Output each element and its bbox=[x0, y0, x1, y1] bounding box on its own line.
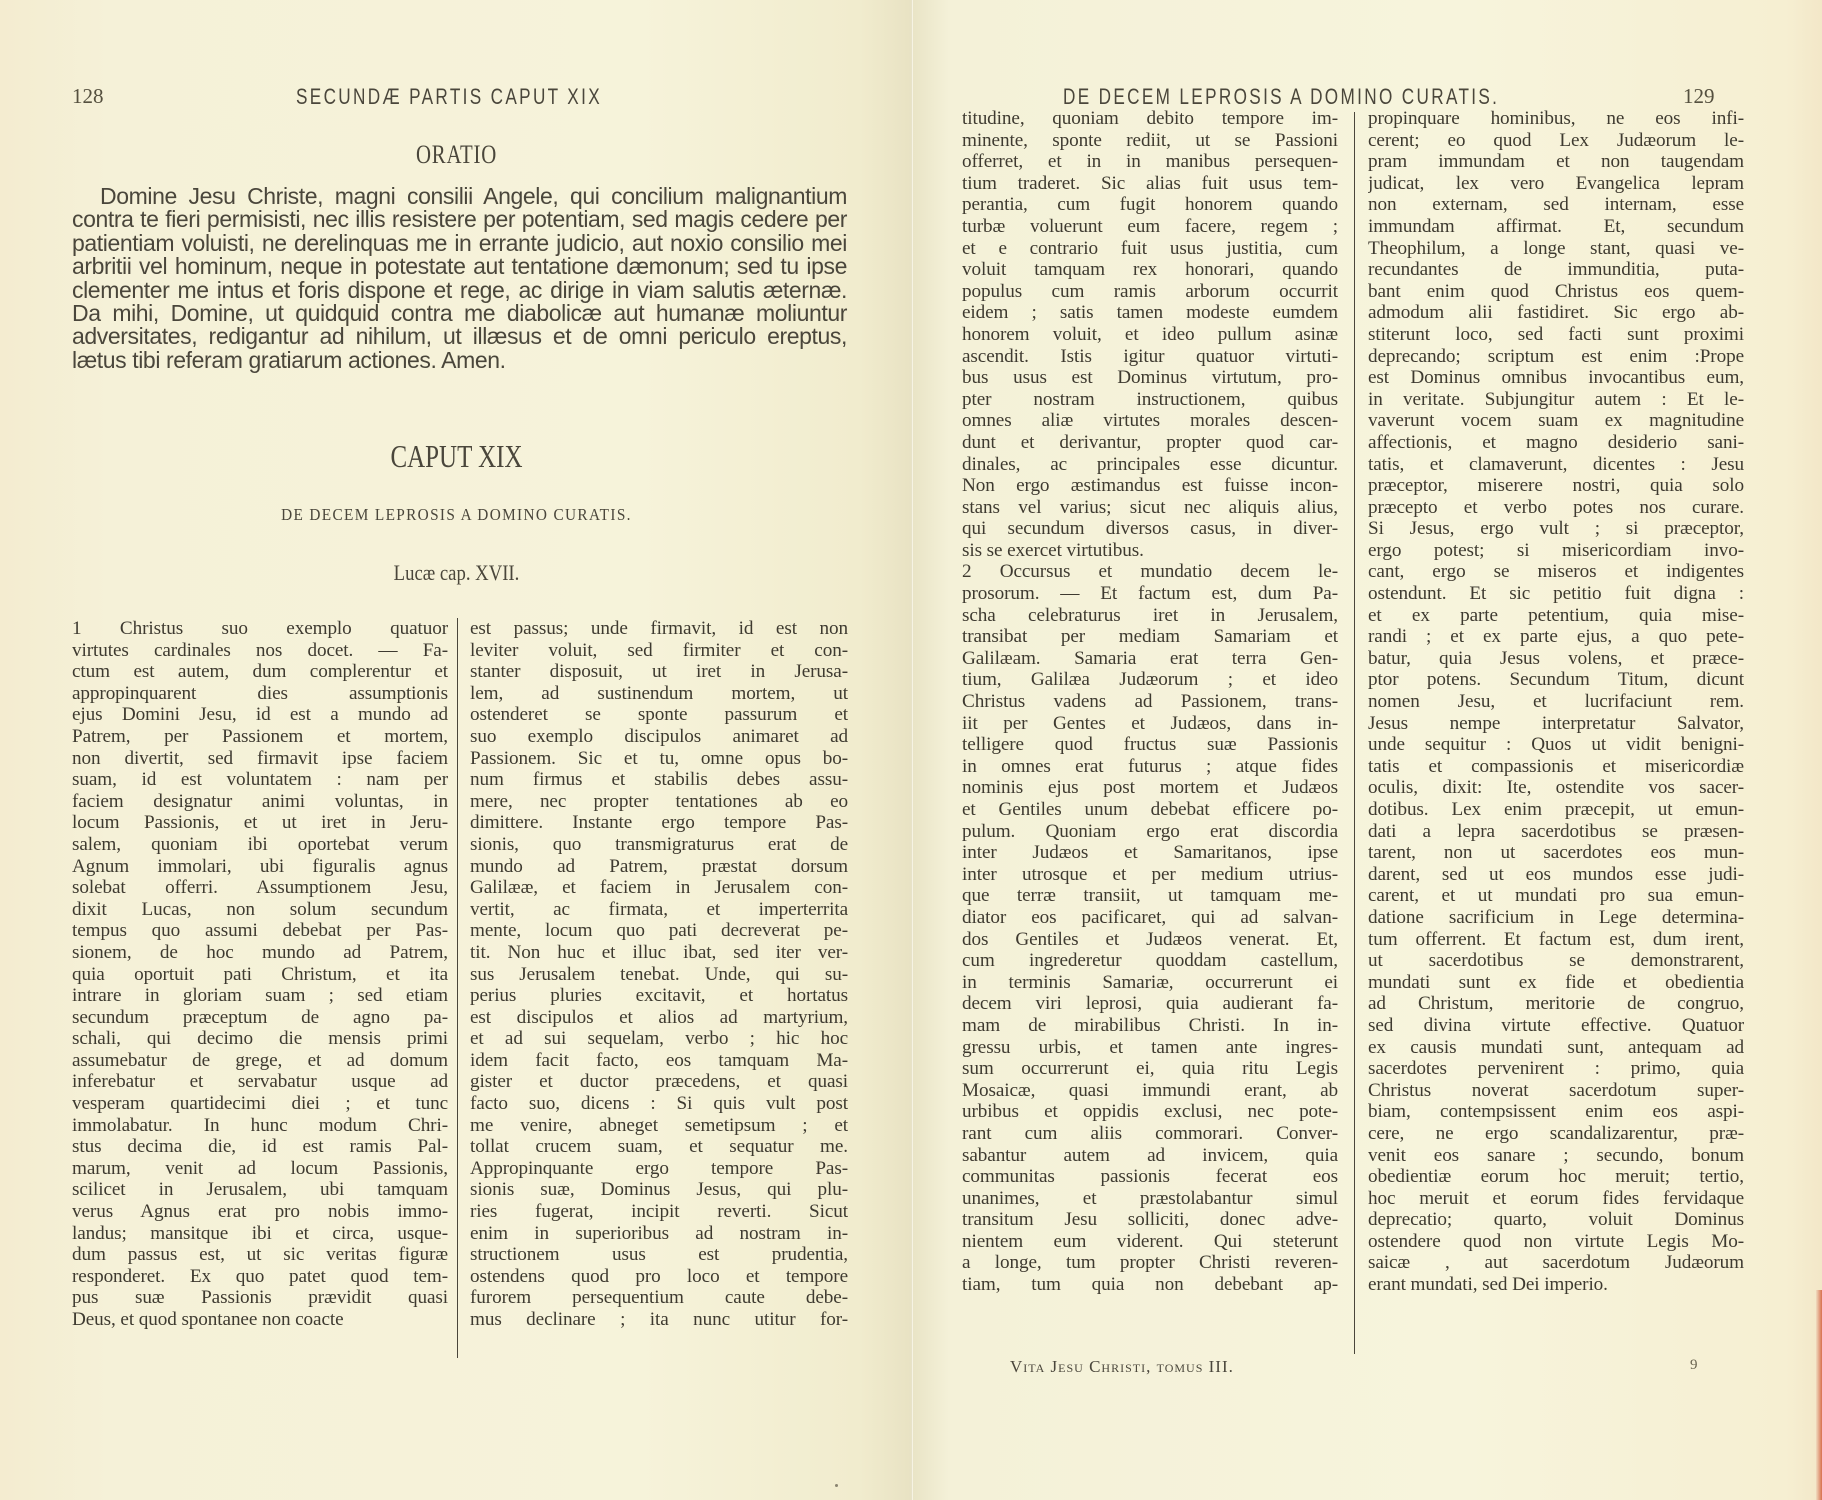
text-line: sionem, de hoc mundo ad Patrem, bbox=[72, 942, 448, 964]
text-line: intrare in gloriam suam ; sed etiam bbox=[72, 985, 448, 1007]
text-line: et Gentiles unum debebat efficere po- bbox=[962, 799, 1338, 821]
text-line: Christus vadens ad Passionem, trans- bbox=[962, 691, 1338, 713]
left-column-b: est passus; unde firmavit, id est nonlev… bbox=[470, 618, 848, 1331]
text-line: sacerdotes pervenirent : primo, quia bbox=[1368, 1058, 1744, 1080]
text-line: ries fugerat, incipit reverti. Sicut bbox=[470, 1201, 848, 1223]
text-line: unanimes, et præstolabantur simul bbox=[962, 1188, 1338, 1210]
text-line: omnes aliæ virtutes morales descen- bbox=[962, 410, 1338, 432]
text-line: inferebatur et servabatur usque ad bbox=[72, 1071, 448, 1093]
text-line: mente, locum quo pati decreverat pe- bbox=[470, 920, 848, 942]
text-line: cant, ergo se miseros et indigentes bbox=[1368, 561, 1744, 583]
page-number-right: 129 bbox=[1683, 84, 1715, 109]
text-line: Deus, et quod spontanee non coacte bbox=[72, 1309, 448, 1331]
text-line: ad Christum, meritorie de congruo, bbox=[1368, 993, 1744, 1015]
text-line: iit per Gentes et Judæos, dans in- bbox=[962, 713, 1338, 735]
text-line: stanter disposuit, ut iret in Jerusa- bbox=[470, 661, 848, 683]
text-line: et ex parte petentium, quia mise- bbox=[1368, 605, 1744, 627]
text-line: datione sacrificium in Lege determina- bbox=[1368, 907, 1744, 929]
text-line: Galilææ, et faciem in Jerusalem con- bbox=[470, 877, 848, 899]
text-line: recundantes de immunditia, puta- bbox=[1368, 259, 1744, 281]
text-line: landus; mansitque ibi et circa, usque- bbox=[72, 1223, 448, 1245]
left-column-a: 1 Christus suo exemplo quatuorvirtutes c… bbox=[72, 618, 448, 1331]
text-line: mam de mirabilibus Christi. In in- bbox=[962, 1015, 1338, 1037]
text-line: immundam affirmat. Et, secundum bbox=[1368, 216, 1744, 238]
text-line: decem viri leprosi, quia audierant fa- bbox=[962, 993, 1338, 1015]
text-line: ptor potens. Secundum Titum, dicunt bbox=[1368, 669, 1744, 691]
text-line: stus decima die, id est ramis Pal- bbox=[72, 1136, 448, 1158]
paper-speck bbox=[835, 1484, 838, 1487]
text-line: pus suæ Passionis prævidit quasi bbox=[72, 1287, 448, 1309]
text-line: carent, et ut mundati pro sua emun- bbox=[1368, 885, 1744, 907]
text-line: prosorum. — Et factum est, dum Pa- bbox=[962, 583, 1338, 605]
text-line: ut sacerdotibus se demonstrarent, bbox=[1368, 950, 1744, 972]
text-line: mundo ad Patrem, præstat dorsum bbox=[470, 856, 848, 878]
text-line: stans vel varius; sicut nec aliquis aliu… bbox=[962, 497, 1338, 519]
text-line: sed divina virtute effective. Quatuor bbox=[1368, 1015, 1744, 1037]
text-line: propinquare hominibus, ne eos infi- bbox=[1368, 108, 1744, 130]
text-line: batur, quia Jesus volens, et præce- bbox=[1368, 648, 1744, 670]
text-line: mus declinare ; ita nunc utitur for- bbox=[470, 1309, 848, 1331]
text-line: turbæ voluerunt eum facere, regem ; bbox=[962, 216, 1338, 238]
text-line: enim in superioribus ad nostram in- bbox=[470, 1223, 848, 1245]
right-column-a: titudine, quoniam debito tempore im-mine… bbox=[962, 108, 1338, 1296]
text-line: qui secundum diversos casus, in diver- bbox=[962, 518, 1338, 540]
text-line: que terræ transiit, ut tamquam me- bbox=[962, 885, 1338, 907]
text-line: tatis, et clamaverunt, dicentes : Jesu bbox=[1368, 454, 1744, 476]
text-line: præceptor, miserere nostri, quia solo bbox=[1368, 475, 1744, 497]
text-line: tium, Galilæa Judæorum ; et ideo bbox=[962, 669, 1338, 691]
text-line: solebat offerri. Assumptionem Jesu, bbox=[72, 877, 448, 899]
oratio-text: Domine Jesu Christe, magni consilii Ange… bbox=[72, 185, 847, 372]
text-line: ostendunt. Et sic petitio fuit digna : bbox=[1368, 583, 1744, 605]
text-line: ejus Domini Jesu, id est a mundo ad bbox=[72, 704, 448, 726]
text-line: ostendere quod non virtute Legis Mo- bbox=[1368, 1231, 1744, 1253]
text-line: est Dominus omnibus invocantibus eum, bbox=[1368, 367, 1744, 389]
text-line: 1 Christus suo exemplo quatuor bbox=[72, 618, 448, 640]
text-line: hoc meruit et eorum fides fervidaque bbox=[1368, 1188, 1744, 1210]
text-line: est discipulos et alios ad martyrium, bbox=[470, 1007, 848, 1029]
text-line: stiterunt loco, sed facti sunt proximi bbox=[1368, 324, 1744, 346]
text-line: me venire, abneget semetipsum ; et bbox=[470, 1115, 848, 1137]
text-line: non externam, sed internam, esse bbox=[1368, 194, 1744, 216]
left-page: 128 SECUNDÆ PARTIS CAPUT XIX ORATIO Domi… bbox=[0, 0, 913, 1500]
text-line: populus cum ramis arborum occurrit bbox=[962, 281, 1338, 303]
text-line: bant enim quod Christus eos quem- bbox=[1368, 281, 1744, 303]
text-line: judicat, lex vero Evangelica lepram bbox=[1368, 173, 1744, 195]
text-line: lem, ad sustinendum mortem, ut bbox=[470, 683, 848, 705]
chapter-reference: Lucæ cap. XVII. bbox=[68, 560, 844, 586]
text-line: et e contrario fuit usus justitia, cum bbox=[962, 238, 1338, 260]
text-line: tarent, non ut sacerdotes eos mun- bbox=[1368, 842, 1744, 864]
text-line: minente, sponte rediit, ut se Passioni bbox=[962, 130, 1338, 152]
text-line: et ad sui sequelam, verbo ; hic hoc bbox=[470, 1028, 848, 1050]
text-line: ergo potest; si misericordiam invo- bbox=[1368, 540, 1744, 562]
text-line: tatis et compassionis et misericordiæ bbox=[1368, 756, 1744, 778]
text-line: cerent; eo quod Lex Judæorum le- bbox=[1368, 130, 1744, 152]
text-line: non divertit, sed firmavit ipse faciem bbox=[72, 748, 448, 770]
right-column-b: propinquare hominibus, ne eos infi-ceren… bbox=[1368, 108, 1744, 1296]
text-line: mundati sunt ex fide et obedientia bbox=[1368, 972, 1744, 994]
text-line: 2 Occursus et mundatio decem le- bbox=[962, 561, 1338, 583]
text-line: scilicet in Jerusalem, ubi tamquam bbox=[72, 1179, 448, 1201]
text-line: Jesus nempe interpretatur Salvator, bbox=[1368, 713, 1744, 735]
text-line: nominis ejus post mortem et Judæos bbox=[962, 777, 1338, 799]
text-line: diator eos pacificaret, qui ad salvan- bbox=[962, 907, 1338, 929]
running-head-right: DE DECEM LEPROSIS A DOMINO CURATIS. bbox=[1063, 84, 1499, 110]
text-line: darent, sed ut eos mundos esse judi- bbox=[1368, 864, 1744, 886]
oratio-title: ORATIO bbox=[91, 140, 821, 170]
text-line: structionem usus est prudentia, bbox=[470, 1244, 848, 1266]
text-line: tum offerrent. Et factum est, dum irent, bbox=[1368, 929, 1744, 951]
text-line: sionis suæ, Dominus Jesus, qui plu- bbox=[470, 1179, 848, 1201]
text-line: mere, nec propter tentationes ab eo bbox=[470, 791, 848, 813]
text-line: inter utrosque et per medium utrius- bbox=[962, 864, 1338, 886]
text-line: suo exemplo discipulos animaret ad bbox=[470, 726, 848, 748]
text-line: salem, quoniam ibi oportebat verum bbox=[72, 834, 448, 856]
text-line: vesperam quartidecimi diei ; et tunc bbox=[72, 1093, 448, 1115]
text-line: dos Gentiles et Judæos venerat. Et, bbox=[962, 929, 1338, 951]
text-line: venit eos sanare ; secundo, bonum bbox=[1368, 1145, 1744, 1167]
text-line: pulum. Quoniam ergo erat discordia bbox=[962, 821, 1338, 843]
text-line: faciem designatur animi voluntas, in bbox=[72, 791, 448, 813]
text-line: transibat per mediam Samariam et bbox=[962, 626, 1338, 648]
text-line: urbibus et oppidis exclusi, nec pote- bbox=[962, 1101, 1338, 1123]
page-edge-stain bbox=[1816, 1290, 1822, 1500]
text-line: Si Jesus, ergo vult ; si præceptor, bbox=[1368, 518, 1744, 540]
text-line: suam, id est voluntatem : nam per bbox=[72, 769, 448, 791]
text-line: biam, contempsissent enim eos aspi- bbox=[1368, 1101, 1744, 1123]
book-spread: 128 SECUNDÆ PARTIS CAPUT XIX ORATIO Domi… bbox=[0, 0, 1822, 1500]
text-line: gressu urbis, et tamen ante ingres- bbox=[962, 1037, 1338, 1059]
text-line: dimittere. Instante ergo tempore Pas- bbox=[470, 812, 848, 834]
text-line: ascendit. Istis igitur quatuor virtuti- bbox=[962, 346, 1338, 368]
page-number-left: 128 bbox=[72, 84, 104, 109]
text-line: dum passus est, ut sic veritas figuræ bbox=[72, 1244, 448, 1266]
text-line: tit. Non huc et illuc ibat, sed iter ver… bbox=[470, 942, 848, 964]
text-line: deprecando; scriptum est enim :Prope bbox=[1368, 346, 1744, 368]
text-line: Agnum immolari, ubi figuralis agnus bbox=[72, 856, 448, 878]
text-line: Patrem, per Passionem et mortem, bbox=[72, 726, 448, 748]
text-line: tollat crucem suam, et sequatur me. bbox=[470, 1136, 848, 1158]
text-line: Galilæam. Samaria erat terra Gen- bbox=[962, 648, 1338, 670]
text-line: communitas passionis fecerat eos bbox=[962, 1166, 1338, 1188]
text-line: titudine, quoniam debito tempore im- bbox=[962, 108, 1338, 130]
text-line: gister et ductor præcedens, et quasi bbox=[470, 1071, 848, 1093]
text-line: eidem ; satis tamen modeste eumdem bbox=[962, 302, 1338, 324]
text-line: dixit Lucas, non solum secundum bbox=[72, 899, 448, 921]
text-line: ostendens quod pro loco et tempore bbox=[470, 1266, 848, 1288]
text-line: dunt et derivantur, propter quod car- bbox=[962, 432, 1338, 454]
text-line: est passus; unde firmavit, id est non bbox=[470, 618, 848, 640]
text-line: obedientiæ eorum hoc meruit; tertio, bbox=[1368, 1166, 1744, 1188]
text-line: immolabatur. In hunc modum Chri- bbox=[72, 1115, 448, 1137]
text-line: ostenderet se sponte passurum et bbox=[470, 704, 848, 726]
chapter-subtitle: DE DECEM LEPROSIS A DOMINO CURATIS. bbox=[46, 505, 868, 525]
text-line: leviter voluit, sed firmiter et con- bbox=[470, 640, 848, 662]
text-line: Mosaicæ, quasi immundi erant, ab bbox=[962, 1080, 1338, 1102]
text-line: honorem voluit, et ideo pullum asinæ bbox=[962, 324, 1338, 346]
text-line: quia oportuit pati Christum, et ita bbox=[72, 964, 448, 986]
text-line: Appropinquante ergo tempore Pas- bbox=[470, 1158, 848, 1180]
text-line: verus Agnus erat pro nobis immo- bbox=[72, 1201, 448, 1223]
text-line: cum ingrederetur quoddam castellum, bbox=[962, 950, 1338, 972]
signature-line: Vita Jesu Christi, tomus III. bbox=[1010, 1357, 1234, 1377]
text-line: appropinquarent dies assumptionis bbox=[72, 683, 448, 705]
text-line: Christus noverat sacerdotum super- bbox=[1368, 1080, 1744, 1102]
text-line: assumebatur de grege, et ad domum bbox=[72, 1050, 448, 1072]
text-line: vaverunt vocem suam ex magnitudine bbox=[1368, 410, 1744, 432]
text-line: randi ; et ex parte ejus, a quo pete- bbox=[1368, 626, 1744, 648]
text-line: admodum alii fastidiret. Sic ergo ab- bbox=[1368, 302, 1744, 324]
column-divider bbox=[457, 618, 458, 1358]
text-line: dati a lepra sacerdotibus se præsen- bbox=[1368, 821, 1744, 843]
text-line: præcepto et verbo potes nos curare. bbox=[1368, 497, 1744, 519]
text-line: in terminis Samariæ, occurrerunt ei bbox=[962, 972, 1338, 994]
text-line: virtutes cardinales nos docet. — Fa- bbox=[72, 640, 448, 662]
chapter-title: CAPUT XIX bbox=[100, 438, 812, 475]
text-line: voluit tamquam rex honorari, quando bbox=[962, 259, 1338, 281]
text-line: schali, qui decimo die mensis primi bbox=[72, 1028, 448, 1050]
text-line: pter nostram instructionem, quibus bbox=[962, 389, 1338, 411]
text-line: in omnes erat futurus ; atque fides bbox=[962, 756, 1338, 778]
text-line: Passionem. Sic et tu, omne opus bo- bbox=[470, 748, 848, 770]
text-line: secundum præceptum de agno pa- bbox=[72, 1007, 448, 1029]
text-line: responderet. Ex quo patet quod tem- bbox=[72, 1266, 448, 1288]
text-line: ctum est autem, dum complerentur et bbox=[72, 661, 448, 683]
text-line: Non ergo æstimandus est fuisse incon- bbox=[962, 475, 1338, 497]
text-line: tium traderet. Sic alias fuit usus tem- bbox=[962, 173, 1338, 195]
text-line: tiam, tum quia non debebant ap- bbox=[962, 1274, 1338, 1296]
text-line: sionis, quo transmigraturus erat de bbox=[470, 834, 848, 856]
text-line: facto suo, dicens : Si quis vult post bbox=[470, 1093, 848, 1115]
text-line: sis se exercet virtutibus. bbox=[962, 540, 1338, 562]
text-line: marum, venit ad locum Passionis, bbox=[72, 1158, 448, 1180]
text-line: sus Jerusalem tenebat. Unde, qui su- bbox=[470, 964, 848, 986]
text-line: affectionis, et magno desiderio sani- bbox=[1368, 432, 1744, 454]
text-line: in veritate. Subjungitur autem : Et le- bbox=[1368, 389, 1744, 411]
text-line: locum Passionis, et ut iret in Jeru- bbox=[72, 812, 448, 834]
text-line: pram immundam et non taugendam bbox=[1368, 151, 1744, 173]
text-line: scha celebraturus iret in Jerusalem, bbox=[962, 605, 1338, 627]
text-line: a longe, tum propter Christi reveren- bbox=[962, 1252, 1338, 1274]
text-line: telligere quod fructus suæ Passionis bbox=[962, 734, 1338, 756]
text-line: cere, ne ergo scandalizarentur, præ- bbox=[1368, 1123, 1744, 1145]
text-line: ex causis mundati sunt, antequam ad bbox=[1368, 1037, 1744, 1059]
running-head-left: SECUNDÆ PARTIS CAPUT XIX bbox=[296, 84, 602, 110]
text-line: num firmus et stabilis debes assu- bbox=[470, 769, 848, 791]
signature-mark: 9 bbox=[1690, 1357, 1698, 1374]
text-line: Theophilum, a longe stant, quasi ve- bbox=[1368, 238, 1744, 260]
oratio-paragraph: Domine Jesu Christe, magni consilii Ange… bbox=[72, 185, 847, 372]
text-line: erant mundati, sed Dei imperio. bbox=[1368, 1274, 1744, 1296]
text-line: rant cum aliis commorari. Conver- bbox=[962, 1123, 1338, 1145]
text-line: dotibus. Lex enim præcepit, ut emun- bbox=[1368, 799, 1744, 821]
text-line: bus usus est Dominus virtutum, pro- bbox=[962, 367, 1338, 389]
text-line: tempus quo assumi debebat per Pas- bbox=[72, 920, 448, 942]
text-line: saicæ , aut sacerdotum Judæorum bbox=[1368, 1252, 1744, 1274]
text-line: furorem persequentium caute debe- bbox=[470, 1287, 848, 1309]
column-divider bbox=[1354, 112, 1355, 1354]
text-line: inter Judæos et Samaritanos, ipse bbox=[962, 842, 1338, 864]
text-line: deprecatio; quarto, voluit Dominus bbox=[1368, 1209, 1744, 1231]
text-line: perantia, cum fugit honorem quando bbox=[962, 194, 1338, 216]
text-line: transitum Jesu solliciti, donec adve- bbox=[962, 1209, 1338, 1231]
text-line: sum occurrerunt ei, quia ritu Legis bbox=[962, 1058, 1338, 1080]
text-line: idem facit facto, eos tamquam Ma- bbox=[470, 1050, 848, 1072]
text-line: offerret, et in in manibus persequen- bbox=[962, 151, 1338, 173]
text-line: nomen Jesu, et lucrifaciunt rem. bbox=[1368, 691, 1744, 713]
text-line: vertit, ac firmata, et imperterrita bbox=[470, 899, 848, 921]
text-line: sabantur autem ad invicem, quia bbox=[962, 1145, 1338, 1167]
text-line: nientem eum viderent. Qui steterunt bbox=[962, 1231, 1338, 1253]
text-line: dinales, ac principales esse dicuntur. bbox=[962, 454, 1338, 476]
text-line: oculis, dixit: Ite, ostendite vos sacer- bbox=[1368, 777, 1744, 799]
text-line: perius pluries excitavit, et hortatus bbox=[470, 985, 848, 1007]
text-line: unde sequitur : Quos ut vidit benigni- bbox=[1368, 734, 1744, 756]
